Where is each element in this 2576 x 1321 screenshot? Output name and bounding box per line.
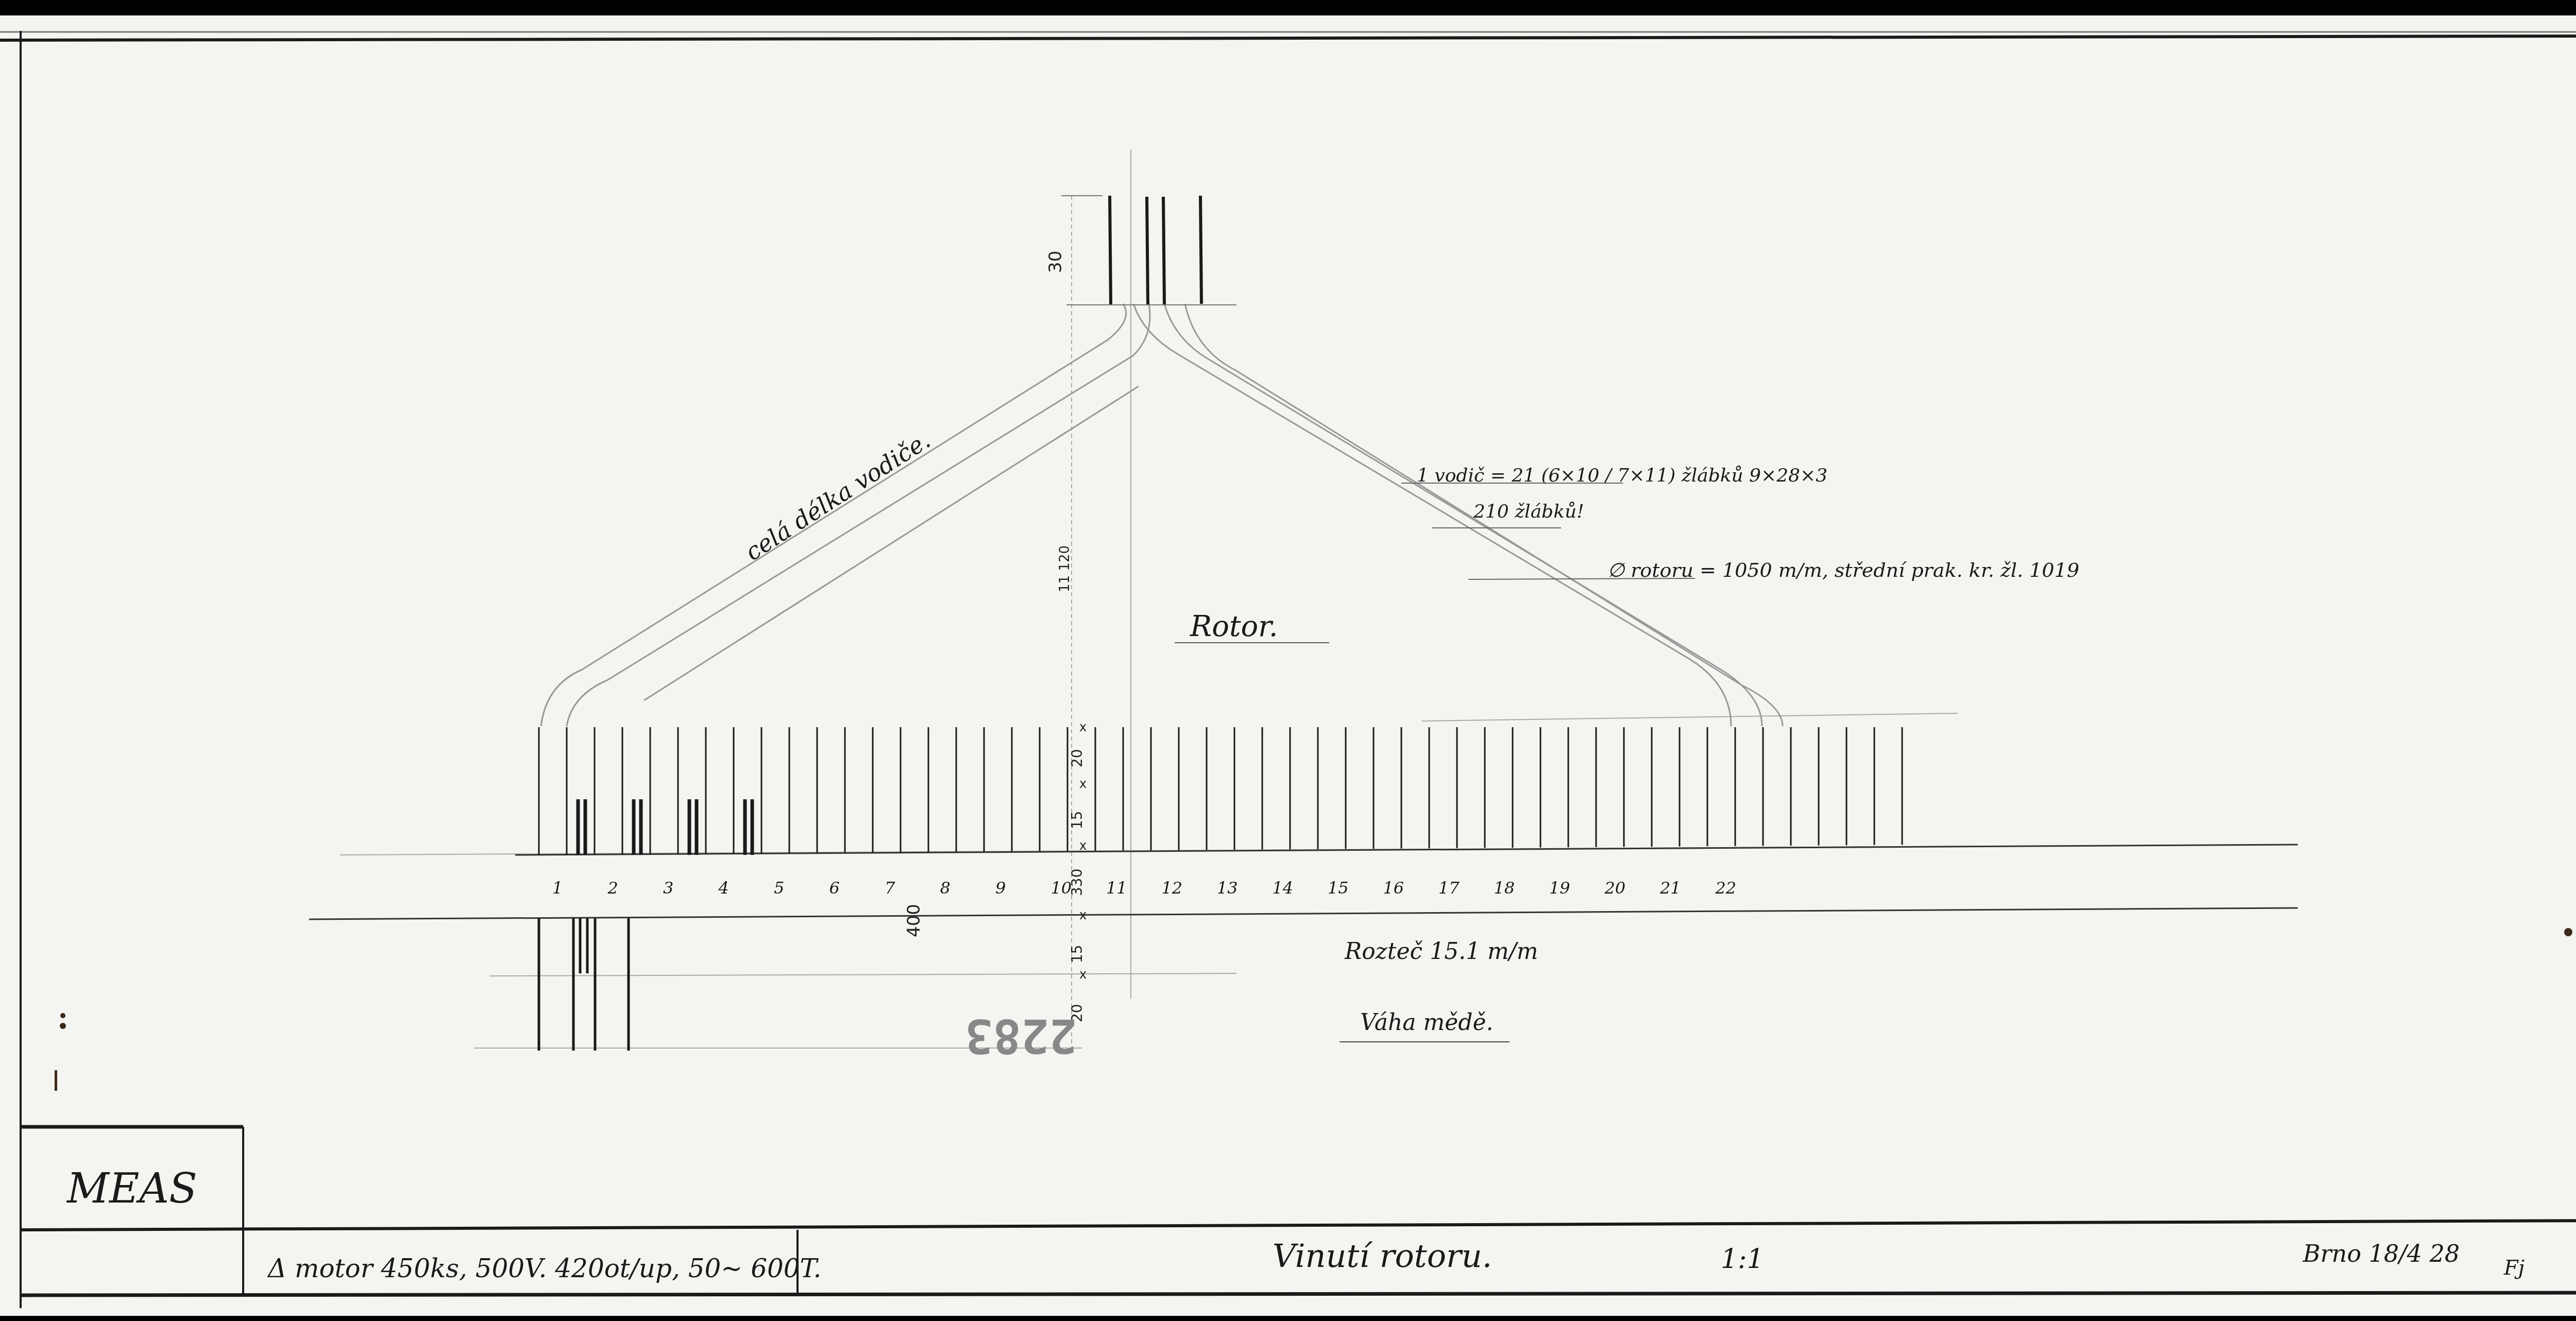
slot-number: 19 xyxy=(1549,878,1570,898)
slot-number: 12 xyxy=(1162,878,1183,898)
svg-text:x: x xyxy=(1079,777,1087,791)
rotor-label: Rotor. xyxy=(1190,610,1278,643)
slot-number: 2 xyxy=(607,878,618,898)
slot-number: 6 xyxy=(829,878,840,898)
company-name: MEAS xyxy=(66,1164,197,1212)
slot-number: 21 xyxy=(1659,878,1681,898)
slot-number: 1 xyxy=(552,878,563,898)
slot-numbers: 12345678910111213141516171819202122 xyxy=(552,878,1736,898)
scanned-drawing: 30 11 120 x x x x x 20 15 330 15 20 400 … xyxy=(0,0,2576,1321)
svg-text:x: x xyxy=(1079,838,1087,853)
dim-slot-mid-upper: 15 xyxy=(1069,811,1086,829)
dim-slot-mid-lower: 15 xyxy=(1069,945,1086,963)
slot-number: 20 xyxy=(1604,878,1626,898)
copper-weight-note: Váha mědě. xyxy=(1360,1009,1493,1036)
slot-number: 9 xyxy=(995,878,1006,898)
slot-number: 7 xyxy=(885,878,895,898)
pitch-note: Rozteč 15.1 m/m xyxy=(1344,938,1538,965)
top-leads[interactable] xyxy=(1110,196,1201,305)
drawing-title: Vinutí rotoru. xyxy=(1273,1237,1492,1275)
svg-text:x: x xyxy=(1079,908,1087,922)
active-slot-bars[interactable] xyxy=(578,799,752,855)
winding-overhang xyxy=(541,304,1783,726)
place-date: Brno 18/4 28 xyxy=(2302,1240,2460,1267)
construction-lines xyxy=(340,149,2298,1051)
signature: Fj xyxy=(2503,1256,2524,1280)
slot-number: 10 xyxy=(1051,878,1072,898)
slot-number: 14 xyxy=(1273,878,1294,898)
slot-number: 3 xyxy=(663,878,673,898)
drawing-scale: 1:1 xyxy=(1721,1244,1764,1275)
svg-text:x: x xyxy=(1079,967,1087,982)
lower-conductors[interactable] xyxy=(539,918,629,1051)
dim-total: 400 xyxy=(904,904,924,937)
slot-number: 4 xyxy=(718,878,729,898)
dim-top-lead: 30 xyxy=(1045,251,1066,273)
stamp-number: 2283 xyxy=(965,1008,1077,1062)
slot-number: 22 xyxy=(1715,878,1737,898)
slot-number: 8 xyxy=(940,878,951,898)
border-frame xyxy=(0,31,2576,1308)
slot-number: 16 xyxy=(1383,878,1404,898)
slot-number: 17 xyxy=(1438,878,1460,898)
machine-spec: Δ motor 450ks, 500V. 420ot/up, 50~ 600T. xyxy=(267,1254,822,1283)
slot-number: 13 xyxy=(1217,878,1238,898)
slot-number: 18 xyxy=(1494,878,1515,898)
conductor-formula-2: 210 žlábků! xyxy=(1473,501,1584,522)
slot-number: 5 xyxy=(774,878,784,898)
slot-number: 15 xyxy=(1328,878,1349,898)
dim-slot-upper: 20 xyxy=(1069,749,1086,767)
slot-number: 11 xyxy=(1106,878,1127,898)
svg-text:x: x xyxy=(1079,720,1087,734)
drawing-canvas: 30 11 120 x x x x x 20 15 330 15 20 400 … xyxy=(0,0,2576,1321)
stray-marks xyxy=(55,928,2572,1091)
dim-overhang: 11 120 xyxy=(1057,545,1073,592)
